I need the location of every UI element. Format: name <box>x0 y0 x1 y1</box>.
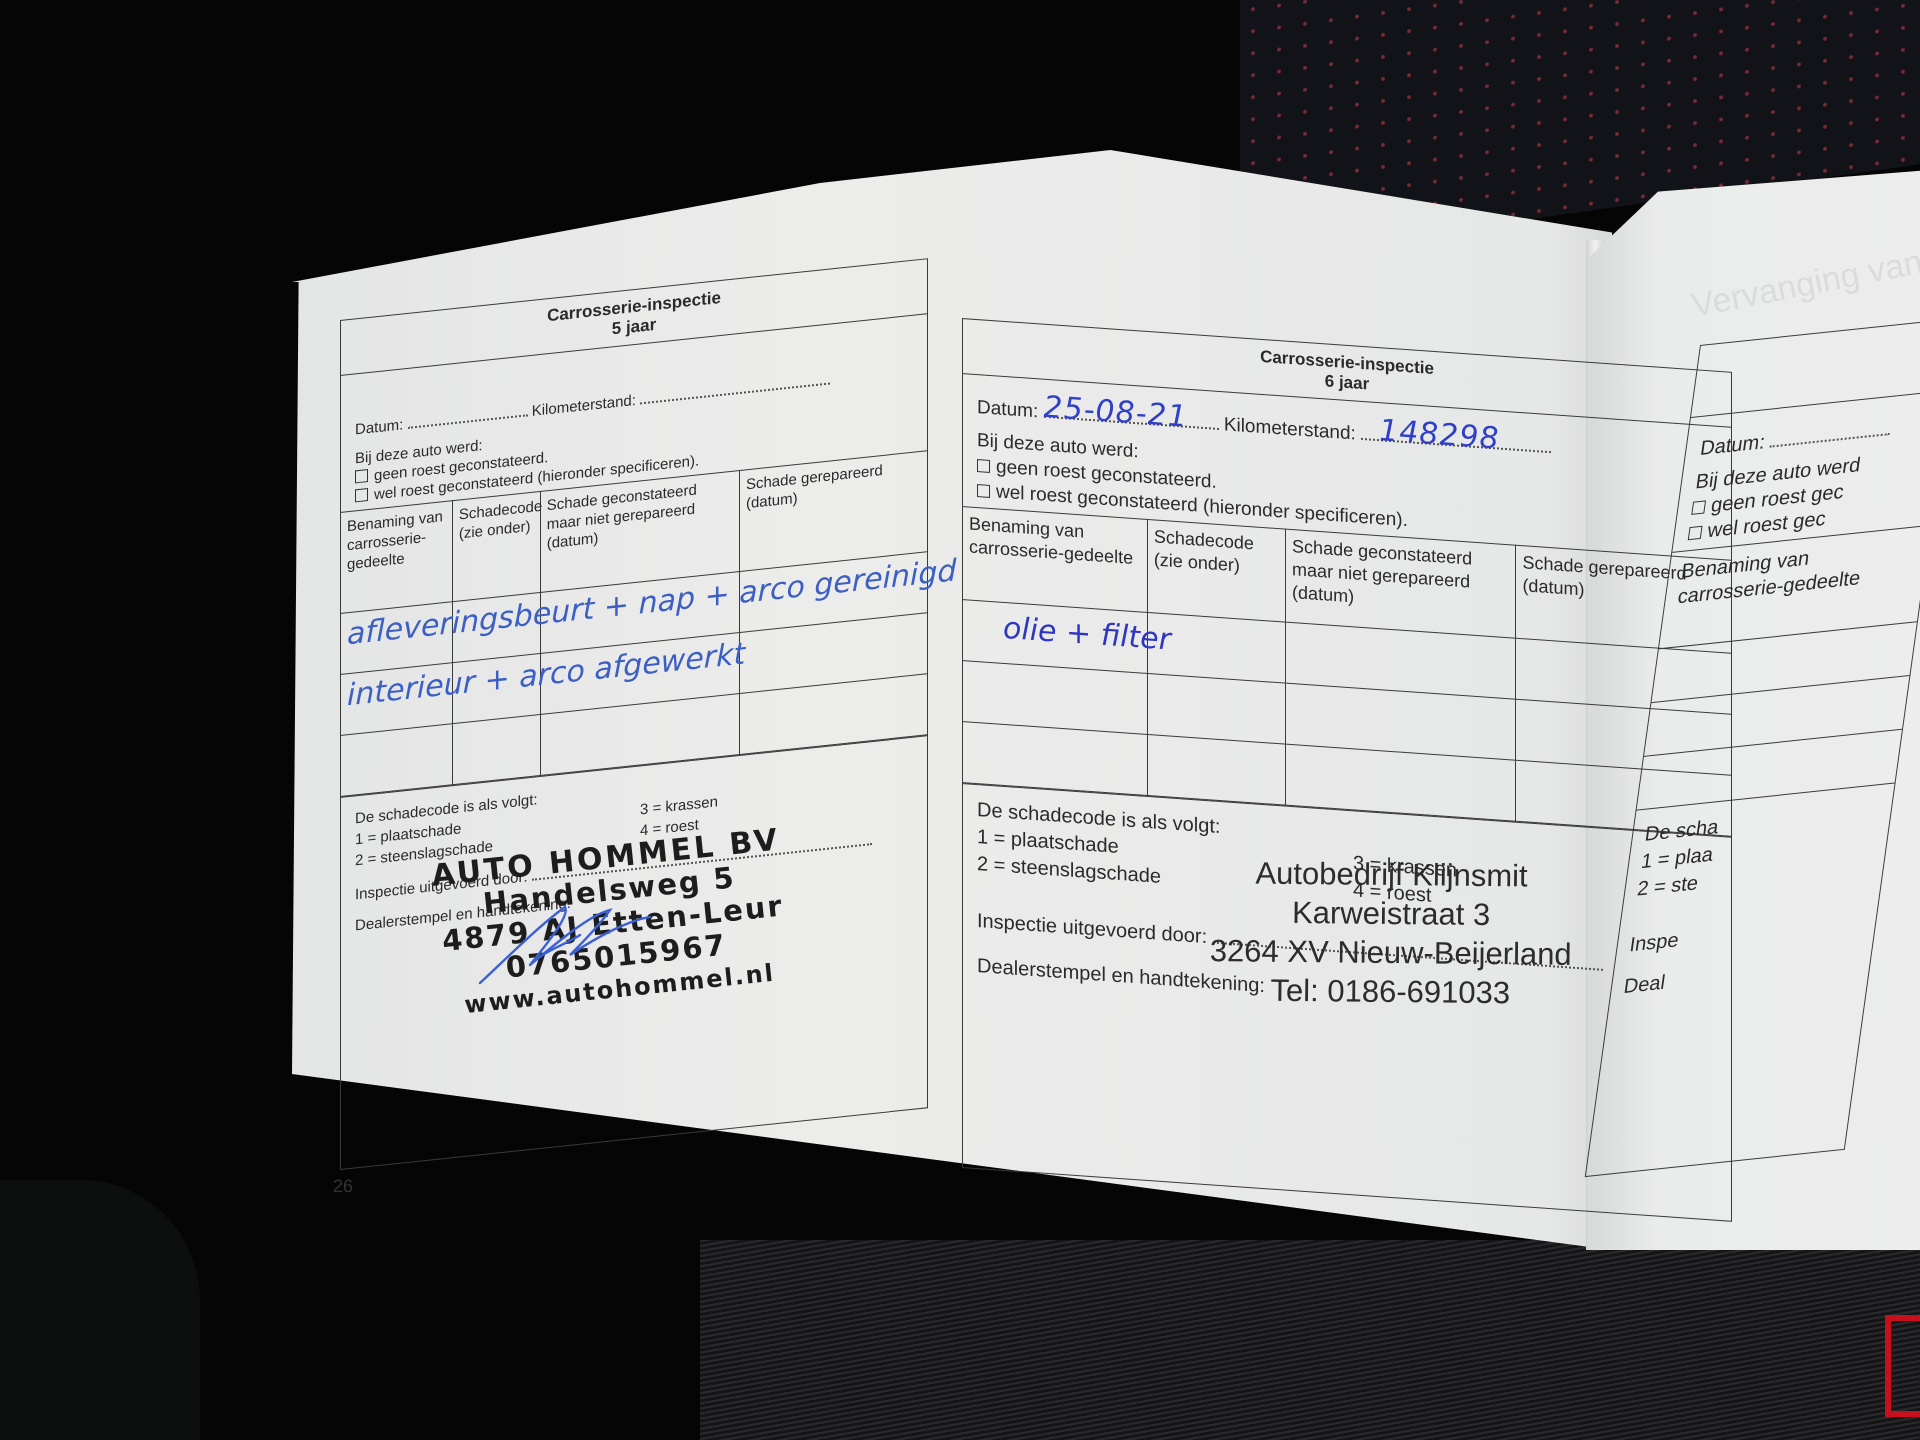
kilometerstand-field[interactable] <box>640 366 830 404</box>
kilometerstand-field[interactable]: 148298 <box>1361 422 1551 453</box>
checkbox-icon[interactable] <box>1688 526 1703 541</box>
handwritten-mileage: 148298 <box>1379 418 1500 451</box>
datum-label: Datum: <box>355 416 403 438</box>
page-number: 26 <box>333 1176 353 1197</box>
checkbox-icon[interactable] <box>977 459 990 473</box>
checkbox-icon[interactable] <box>1691 500 1706 515</box>
inspected-by-label: Inspectie uitgevoerd door: <box>977 910 1207 948</box>
inspection-form-5-years: Carrosserie-inspectie 5 jaar Datum: Kilo… <box>340 258 928 1170</box>
car-seat-fabric-bottom <box>700 1240 1920 1440</box>
dark-background <box>0 1180 200 1440</box>
kilometerstand-label: Kilometerstand: <box>532 392 636 420</box>
checkbox-icon[interactable] <box>355 469 368 483</box>
datum-field[interactable] <box>408 398 528 429</box>
checkbox-icon[interactable] <box>355 488 368 502</box>
signature-icon <box>470 895 660 990</box>
datum-field[interactable]: 25-08-21 <box>1044 400 1219 430</box>
dealer-stamp-klijnsmit: Autobedrijf Klijnsmit Karweistraat 3 326… <box>1209 853 1572 1013</box>
seat-label-tag <box>1885 1315 1920 1417</box>
kilometerstand-label: Kilometerstand: <box>1224 414 1356 444</box>
checkbox-icon[interactable] <box>977 484 990 498</box>
damage-table: Benaming van carrosserie-gedeelte Schade… <box>963 506 1731 837</box>
handwritten-entry: olie + filter <box>1003 611 1171 658</box>
datum-label: Datum: <box>977 397 1038 422</box>
handwritten-date: 25-08-21 <box>1044 395 1188 430</box>
